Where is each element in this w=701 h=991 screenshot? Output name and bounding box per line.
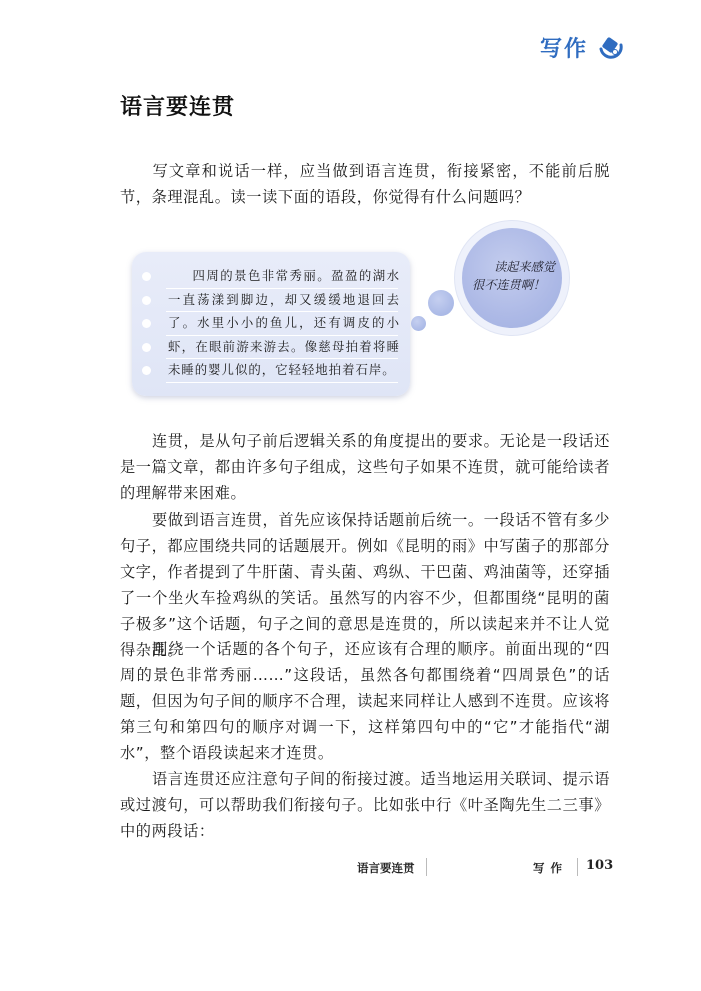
example-text: 四周的景色非常秀丽。盈盈的湖水一直荡漾到脚边，却又缓缓地退回去了。水里小小的鱼儿…	[168, 268, 400, 377]
pen-circle-icon	[596, 33, 626, 63]
paragraph-text: 语言连贯还应注意句子间的衔接过渡。适当地运用关联词、提示语或过渡句，可以帮助我们…	[120, 770, 610, 840]
example-note-card: 四周的景色非常秀丽。盈盈的湖水一直荡漾到脚边，却又缓缓地退回去了。水里小小的鱼儿…	[132, 252, 410, 396]
footer-divider	[577, 858, 578, 876]
page-title: 语言要连贯	[120, 90, 235, 121]
section-tag: 写作	[540, 32, 626, 63]
footer-divider	[426, 858, 427, 876]
intro-text: 写文章和说话一样，应当做到语言连贯，衔接紧密，不能前后脱节，条理混乱。读一读下面…	[120, 162, 610, 206]
note-hole	[142, 319, 151, 328]
footer-lesson-title: 语言要连贯	[357, 860, 415, 876]
note-hole	[142, 366, 151, 375]
example-paragraph: 四周的景色非常秀丽。盈盈的湖水一直荡漾到脚边，却又缓缓地退回去了。水里小小的鱼儿…	[168, 264, 400, 382]
paragraph-text: 围绕一个话题的各个句子，还应该有合理的顺序。前面出现的“四周的景色非常秀丽……”…	[120, 640, 610, 762]
thought-line-1: 读起来感觉	[472, 258, 558, 276]
page-footer: 语言要连贯 写作 103	[0, 858, 701, 878]
paragraph-text: 连贯，是从句子前后逻辑关系的角度提出的要求。无论是一段话还是一篇文章，都由许多句…	[120, 432, 610, 502]
section-tag-label: 写作	[540, 32, 588, 63]
note-rule	[166, 382, 398, 383]
thought-bubble-dot-small	[411, 316, 426, 331]
intro-paragraph: 写文章和说话一样，应当做到语言连贯，衔接紧密，不能前后脱节，条理混乱。读一读下面…	[120, 158, 610, 210]
body-paragraph-4: 语言连贯还应注意句子间的衔接过渡。适当地运用关联词、提示语或过渡句，可以帮助我们…	[120, 766, 610, 844]
thought-bubble-dot-medium	[428, 290, 454, 316]
thought-bubble-text: 读起来感觉 很不连贯啊！	[472, 258, 558, 294]
footer-unit-name: 写作	[533, 860, 568, 876]
note-hole	[142, 343, 151, 352]
body-paragraph-1: 连贯，是从句子前后逻辑关系的角度提出的要求。无论是一段话还是一篇文章，都由许多句…	[120, 428, 610, 506]
page-number: 103	[586, 858, 613, 873]
note-hole	[142, 296, 151, 305]
thought-line-2: 很不连贯啊！	[472, 276, 558, 294]
body-paragraph-3: 围绕一个话题的各个句子，还应该有合理的顺序。前面出现的“四周的景色非常秀丽……”…	[120, 636, 610, 766]
note-hole	[142, 272, 151, 281]
